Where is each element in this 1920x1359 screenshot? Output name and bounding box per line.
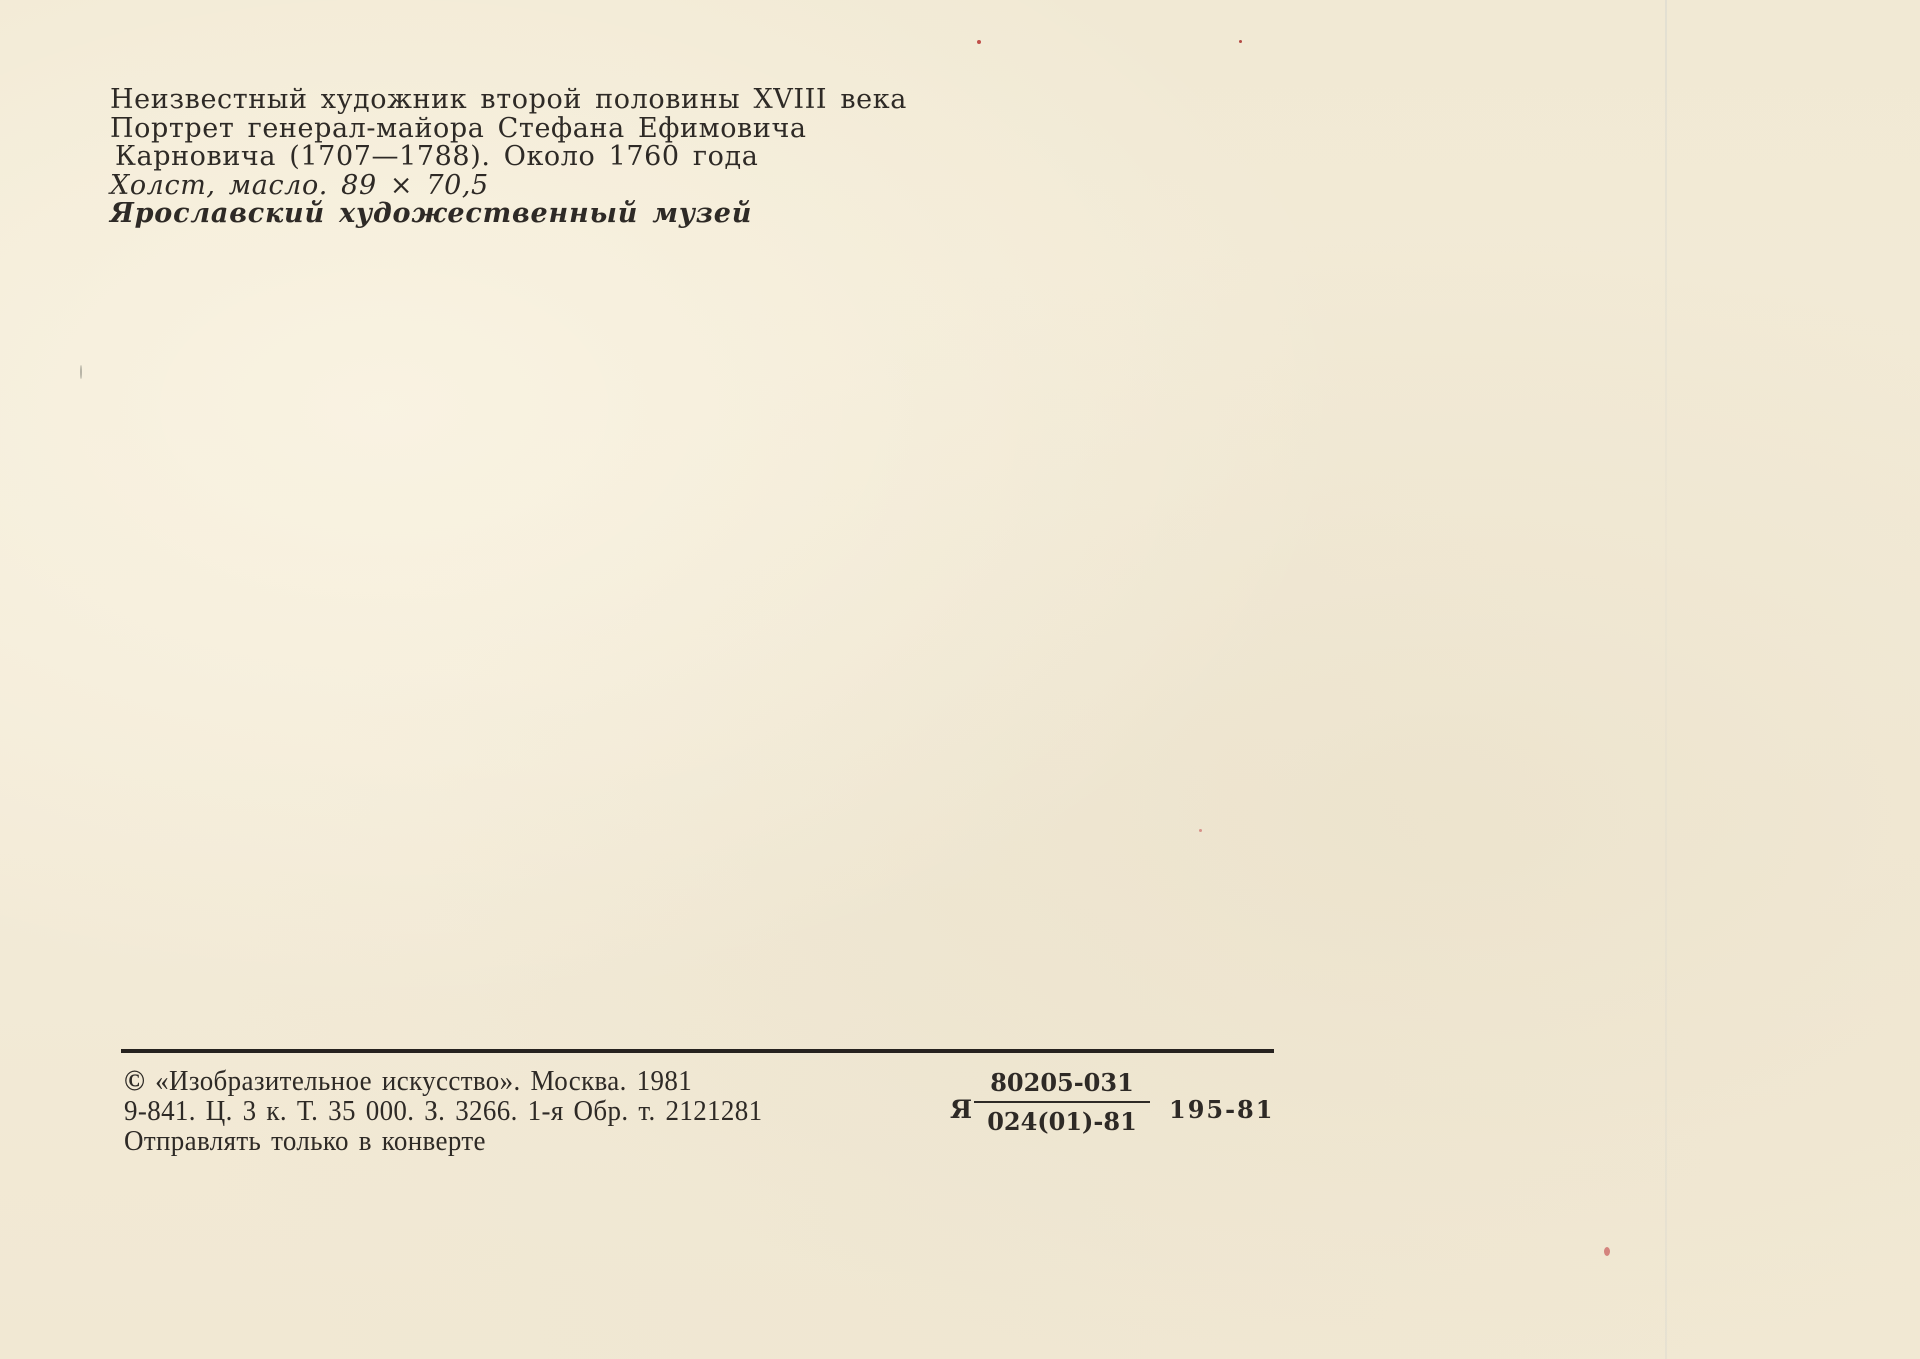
artwork-title-continued: Карновича (1707—1788). Около 1760 года bbox=[110, 143, 907, 172]
artwork-title: Портрет генерал-майора Стефана Ефимовича bbox=[110, 115, 907, 144]
artwork-caption: Неизвестный художник второй половины XVI… bbox=[110, 86, 907, 229]
catalog-index: 195-81 bbox=[1169, 1095, 1274, 1124]
imprint-divider bbox=[121, 1049, 1274, 1053]
publisher-line: © «Изобразительное искусство». Москва. 1… bbox=[124, 1066, 763, 1096]
catalog-prefix: Я bbox=[950, 1095, 972, 1124]
mailing-note: Отправлять только в конверте bbox=[124, 1126, 763, 1156]
artwork-medium-dimensions: Холст, масло. 89 × 70,5 bbox=[110, 172, 907, 201]
copyright-icon: © bbox=[124, 1064, 145, 1097]
museum-name: Ярославский художественный музей bbox=[110, 200, 907, 229]
paper-crease bbox=[1665, 0, 1667, 1359]
publisher-text: «Изобразительное искусство». Москва. 198… bbox=[155, 1065, 692, 1097]
paper-speck bbox=[1239, 40, 1242, 43]
paper-speck bbox=[977, 40, 981, 44]
catalog-numerator: 80205-031 bbox=[974, 1068, 1150, 1098]
publisher-imprint: © «Изобразительное искусство». Москва. 1… bbox=[124, 1066, 763, 1156]
catalog-denominator: 024(01)-81 bbox=[974, 1107, 1150, 1137]
artist-attribution: Неизвестный художник второй половины XVI… bbox=[110, 86, 907, 115]
paper-speck bbox=[1199, 829, 1202, 832]
catalog-fraction: 80205-031 024(01)-81 bbox=[974, 1068, 1150, 1137]
paper-speck bbox=[80, 365, 82, 379]
print-info: 9-841. Ц. 3 к. Т. 35 000. З. 3266. 1-я О… bbox=[124, 1096, 763, 1126]
paper-speck bbox=[1604, 1247, 1610, 1256]
fraction-bar bbox=[974, 1101, 1150, 1103]
